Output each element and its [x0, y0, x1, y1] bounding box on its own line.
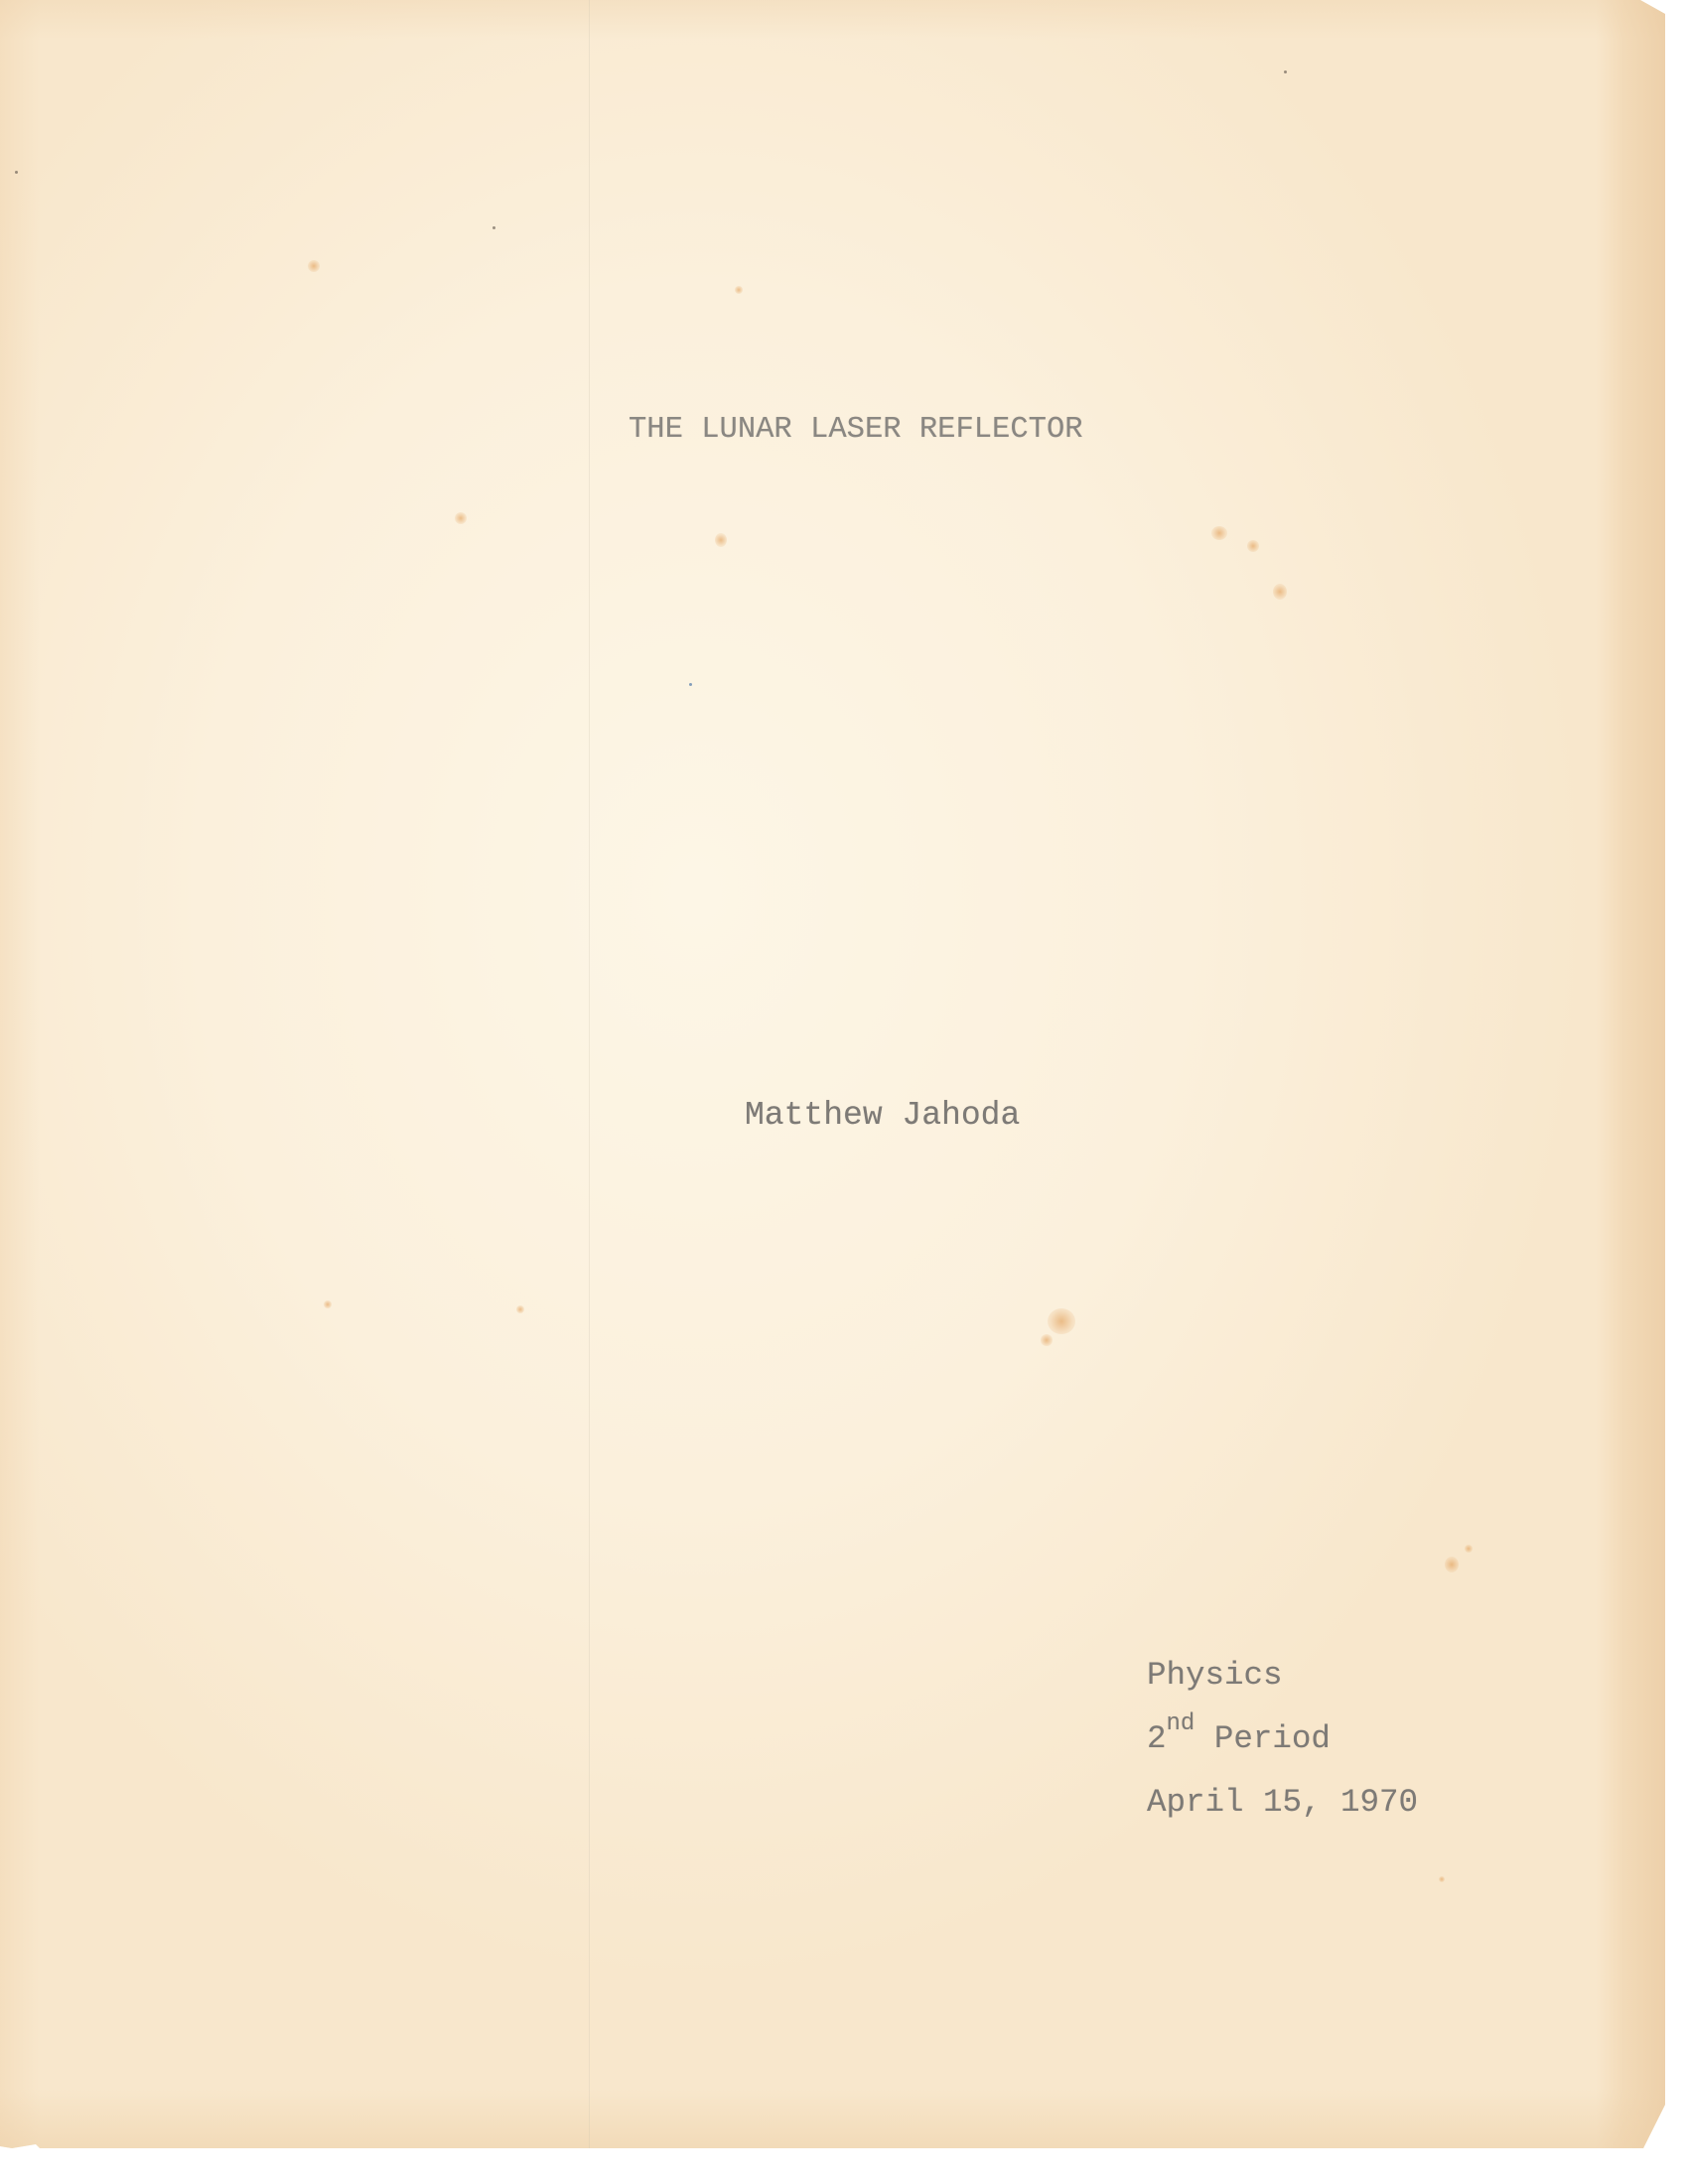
dust-speck: [15, 171, 18, 174]
paper-aged-edge-right: [1596, 0, 1665, 2148]
paper-aged-edge-left: [0, 0, 40, 2148]
period-ordinal-suffix: nd: [1167, 1710, 1196, 1737]
dust-speck: [1284, 70, 1287, 73]
foxing-stain: [1439, 1876, 1445, 1882]
scanned-paper-page: THE LUNAR LASER REFLECTOR Matthew Jahoda…: [0, 0, 1665, 2148]
class-subject: Physics: [1147, 1660, 1283, 1693]
dust-speck: [492, 226, 495, 229]
foxing-stain: [1273, 584, 1287, 600]
author-name: Matthew Jahoda: [745, 1099, 1020, 1132]
paper-aged-edge-bottom: [0, 2089, 1665, 2148]
period-number: 2: [1147, 1720, 1167, 1757]
foxing-stain: [1048, 1308, 1075, 1334]
period-label: Period: [1195, 1720, 1331, 1757]
foxing-stain: [308, 260, 320, 272]
foxing-stain: [1247, 540, 1259, 552]
paper-crease-line: [589, 0, 590, 2148]
paper-aged-edge-top: [0, 0, 1665, 40]
submission-date: April 15, 1970: [1147, 1787, 1418, 1820]
foxing-stain: [1445, 1557, 1459, 1572]
foxing-stain: [324, 1300, 332, 1308]
foxing-stain: [715, 533, 727, 547]
foxing-stain: [735, 286, 743, 294]
dust-speck: [689, 683, 692, 686]
document-title: THE LUNAR LASER REFLECTOR: [629, 415, 1083, 446]
foxing-stain: [455, 512, 467, 524]
foxing-stain: [1211, 526, 1227, 540]
foxing-stain: [1465, 1545, 1473, 1553]
foxing-stain: [1041, 1334, 1053, 1346]
class-period: 2nd Period: [1147, 1723, 1331, 1756]
foxing-stain: [516, 1305, 524, 1313]
